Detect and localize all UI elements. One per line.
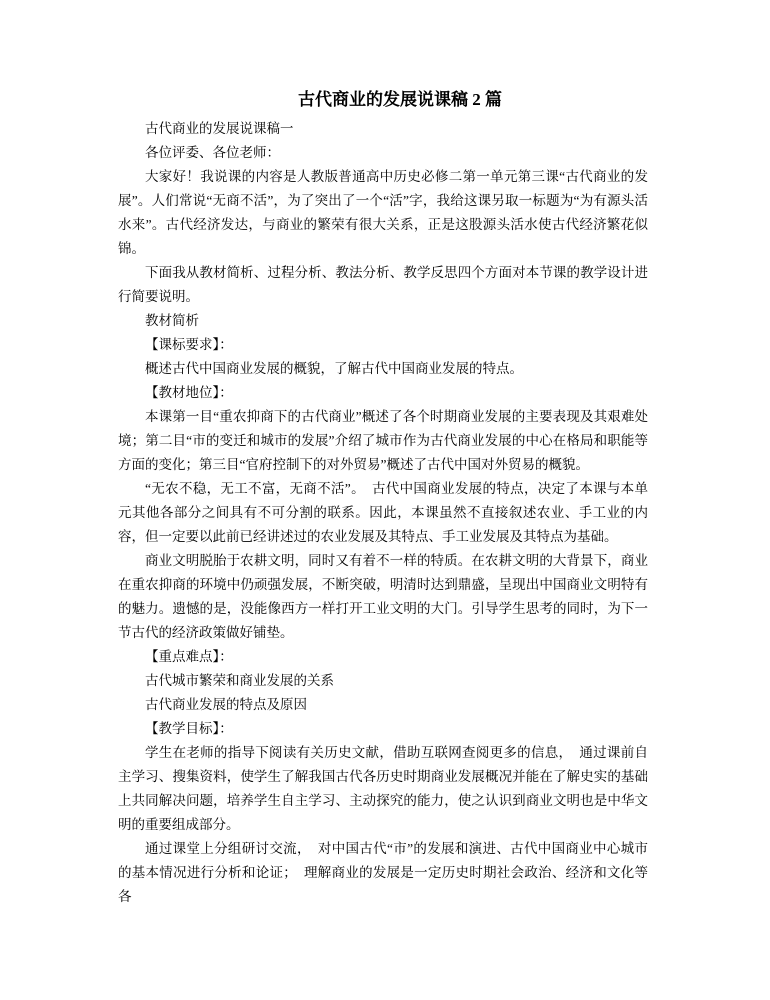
paragraph: 概述古代中国商业发展的概貌，了解古代中国商业发展的特点。 (118, 357, 648, 381)
paragraph: “无农不稳，无工不富，无商不活”。 古代中国商业发展的特点，决定了本课与本单元其… (118, 477, 648, 549)
paragraph: 商业文明脱胎于农耕文明，同时又有着不一样的特质。在农耕文明的大背景下，商业在重农… (118, 549, 648, 645)
paragraph: 古代商业发展的特点及原因 (118, 693, 648, 717)
document-content: 古代商业的发展说课稿 2 篇 古代商业的发展说课稿一 各位评委、各位老师： 大家… (118, 86, 648, 909)
paragraph: 【重点难点】： (118, 645, 648, 669)
paragraph: 【课标要求】： (118, 333, 648, 357)
paragraph: 各位评委、各位老师： (118, 141, 648, 165)
paragraph: 【教材地位】： (118, 381, 648, 405)
paragraph: 大家好！我说课的内容是人教版普通高中历史必修二第一单元第三课“古代商业的发展”。… (118, 165, 648, 261)
paragraph: 古代城市繁荣和商业发展的关系 (118, 669, 648, 693)
paragraph: 教材简析 (118, 309, 648, 333)
paragraph: 古代商业的发展说课稿一 (118, 117, 648, 141)
paragraph: 学生在老师的指导下阅读有关历史文献，借助互联网查阅更多的信息， 通过课前自主学习… (118, 741, 648, 837)
document-page: 古代商业的发展说课稿 2 篇 古代商业的发展说课稿一 各位评委、各位老师： 大家… (0, 0, 770, 1000)
paragraph: 【教学目标】： (118, 717, 648, 741)
paragraph: 下面我从教材简析、过程分析、教法分析、教学反思四个方面对本节课的教学设计进行简要… (118, 261, 648, 309)
paragraph: 本课第一目“重农抑商下的古代商业”概述了各个时期商业发展的主要表现及其艰难处境；… (118, 405, 648, 477)
document-title: 古代商业的发展说课稿 2 篇 (118, 86, 648, 114)
paragraph: 通过课堂上分组研讨交流， 对中国古代“市”的发展和演进、古代中国商业中心城市的基… (118, 837, 648, 909)
